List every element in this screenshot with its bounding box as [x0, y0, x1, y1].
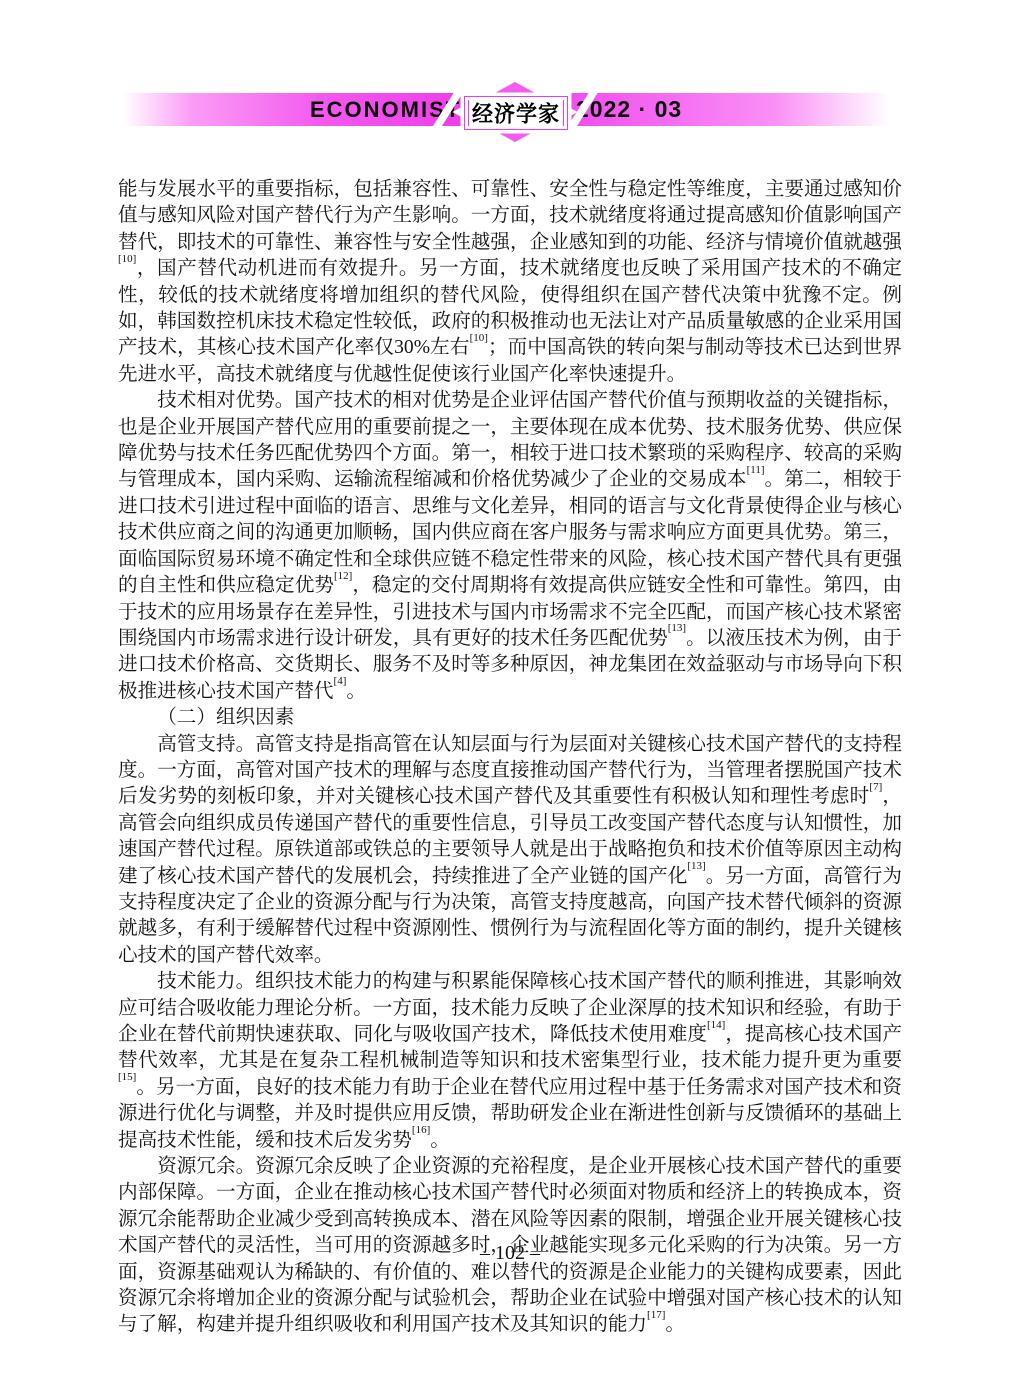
- citation-ref: [11]: [747, 464, 765, 476]
- citation-ref: [15]: [118, 1071, 136, 1083]
- journal-masthead: ECONOMIST 2022 · 03 经济学家: [0, 0, 1020, 160]
- citation-ref: [12]: [334, 570, 352, 582]
- paragraph-4: 高管支持。高管支持是指高管在认知层面与行为层面对关键核心技术国产替代的支持程度。…: [118, 732, 902, 970]
- citation-ref: [4]: [334, 675, 347, 687]
- paragraph-1: 能与发展水平的重要指标，包括兼容性、可靠性、安全性与稳定性等维度，主要通过感知价…: [118, 177, 902, 388]
- journal-name: 经济学家: [472, 97, 560, 129]
- paragraph-5: 技术能力。组织技术能力的构建与积累能保障核心技术国产替代的顺利推进，其影响效应可…: [118, 969, 902, 1154]
- citation-ref: [7]: [869, 781, 882, 793]
- page-footer: – 102 –: [0, 1242, 1020, 1265]
- issue-number: 2022 · 03: [576, 96, 696, 123]
- page-number: – 102 –: [480, 1242, 540, 1264]
- paragraph-3: （二）组织因素: [118, 705, 902, 731]
- citation-ref: [10]: [470, 332, 488, 344]
- citation-ref: [16]: [412, 1124, 430, 1136]
- journal-name-inner-frame: 经济学家: [468, 100, 564, 126]
- journal-page: ECONOMIST 2022 · 03 经济学家 能与发展水平的重要指标，包括兼…: [0, 0, 1020, 1375]
- citation-ref: [10]: [118, 253, 136, 265]
- article-body: 能与发展水平的重要指标，包括兼容性、可靠性、安全性与稳定性等维度，主要通过感知价…: [118, 177, 902, 1339]
- journal-name-box: 经济学家: [464, 96, 568, 130]
- paragraph-2: 技术相对优势。国产技术的相对优势是企业评估国产替代价值与预期收益的关键指标，也是…: [118, 388, 902, 705]
- masthead-english-title: ECONOMIST: [310, 97, 436, 123]
- citation-ref: [13]: [687, 860, 705, 872]
- citation-ref: [14]: [707, 1019, 725, 1031]
- citation-ref: [13]: [668, 622, 686, 634]
- citation-ref: [17]: [647, 1309, 665, 1321]
